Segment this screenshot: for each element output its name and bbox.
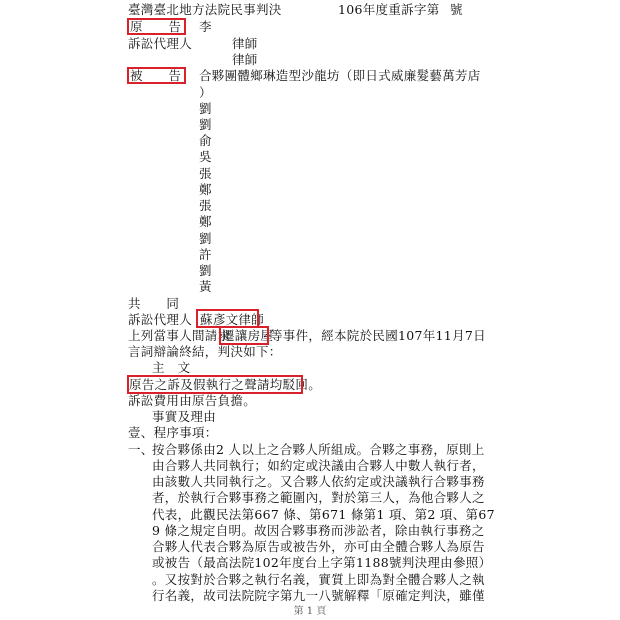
intro-line1-c: 等事件，經本院於民國107年11月7日 bbox=[270, 328, 486, 344]
defendant-6: 鄭 bbox=[199, 182, 212, 198]
para1-line: 合夥人代表合夥為原告或被告外，亦可由全體合夥人為原告 bbox=[152, 539, 485, 555]
section1-heading: 壹、程序事項： bbox=[128, 425, 218, 441]
main-heading: 主 文 bbox=[152, 360, 190, 376]
highlight-box-subject bbox=[219, 326, 269, 345]
para1-marker: 一、 bbox=[128, 442, 154, 458]
defendant-name-line1: 合夥團體鄉琳造型沙龍坊（即日式威廉髮藝萬芳店 bbox=[199, 68, 481, 84]
defendant-7: 張 bbox=[199, 198, 212, 214]
case-suffix: 號 bbox=[450, 2, 463, 18]
defendant-12: 黃 bbox=[199, 279, 212, 295]
highlight-box-plaintiff bbox=[127, 18, 186, 35]
para1-line: 或被告（最高法院102年度台上字第1188號判決理由參照） bbox=[152, 555, 491, 571]
defendant-2: 劉 bbox=[199, 117, 212, 133]
plaintiff-agent-1: 律師 bbox=[232, 36, 258, 52]
defendant-name-line2: ） bbox=[199, 85, 212, 101]
defendant-9: 劉 bbox=[199, 231, 212, 247]
para1-line: 。又按對於合夥之執行名義，實質上即為對全體合夥人之執 bbox=[152, 572, 485, 588]
para1-line: 由合夥人共同執行；如約定或決議由合夥人中數人執行者， bbox=[152, 458, 485, 474]
highlight-box-ruling bbox=[127, 375, 303, 394]
para1-line: 由該數人共同執行之。又合夥人依約定或決議執行合夥事務 bbox=[152, 474, 485, 490]
highlight-box-defendant bbox=[127, 67, 186, 84]
court-title: 臺灣臺北地方法院民事判決 bbox=[128, 2, 282, 18]
defendant-4: 吳 bbox=[199, 149, 212, 165]
defendant-11: 劉 bbox=[199, 263, 212, 279]
page-number: 第 1 頁 bbox=[0, 602, 620, 617]
joint-agent-label: 訴訟代理人 bbox=[128, 312, 192, 328]
para1-line: 按合夥係由2 人以上之合夥人所組成。合夥之事務，原則上 bbox=[152, 442, 485, 458]
defendant-3: 俞 bbox=[199, 133, 212, 149]
case-number: 106年度重訴字第 bbox=[338, 2, 440, 18]
para1-line: 代表，此觀民法第667 條、第671 條第1 項、第2 項、第67 bbox=[152, 507, 495, 523]
plaintiff-agent-2: 律師 bbox=[232, 52, 258, 68]
facts-heading: 事實及理由 bbox=[152, 409, 216, 425]
defendant-10: 許 bbox=[199, 247, 212, 263]
para1-line: 者，於執行合夥事務之範圍內，對於第三人，為他合夥人之 bbox=[152, 490, 485, 506]
defendant-1: 劉 bbox=[199, 101, 212, 117]
main-text-2: 訴訟費用由原告負擔。 bbox=[128, 393, 256, 409]
plaintiff-name: 李 bbox=[199, 19, 212, 35]
intro-line1-a: 上列當事人間請求 bbox=[128, 328, 230, 344]
plaintiff-agent-label: 訴訟代理人 bbox=[128, 36, 192, 52]
defendant-5: 張 bbox=[199, 166, 212, 182]
para1-line: 9 條之規定自明。故因合夥事務而涉訟者，除由執行事務之 bbox=[152, 523, 485, 539]
defendant-8: 鄭 bbox=[199, 214, 212, 230]
joint-label: 共 同 bbox=[128, 296, 179, 312]
intro-line2: 言詞辯論終結，判決如下： bbox=[128, 344, 282, 360]
